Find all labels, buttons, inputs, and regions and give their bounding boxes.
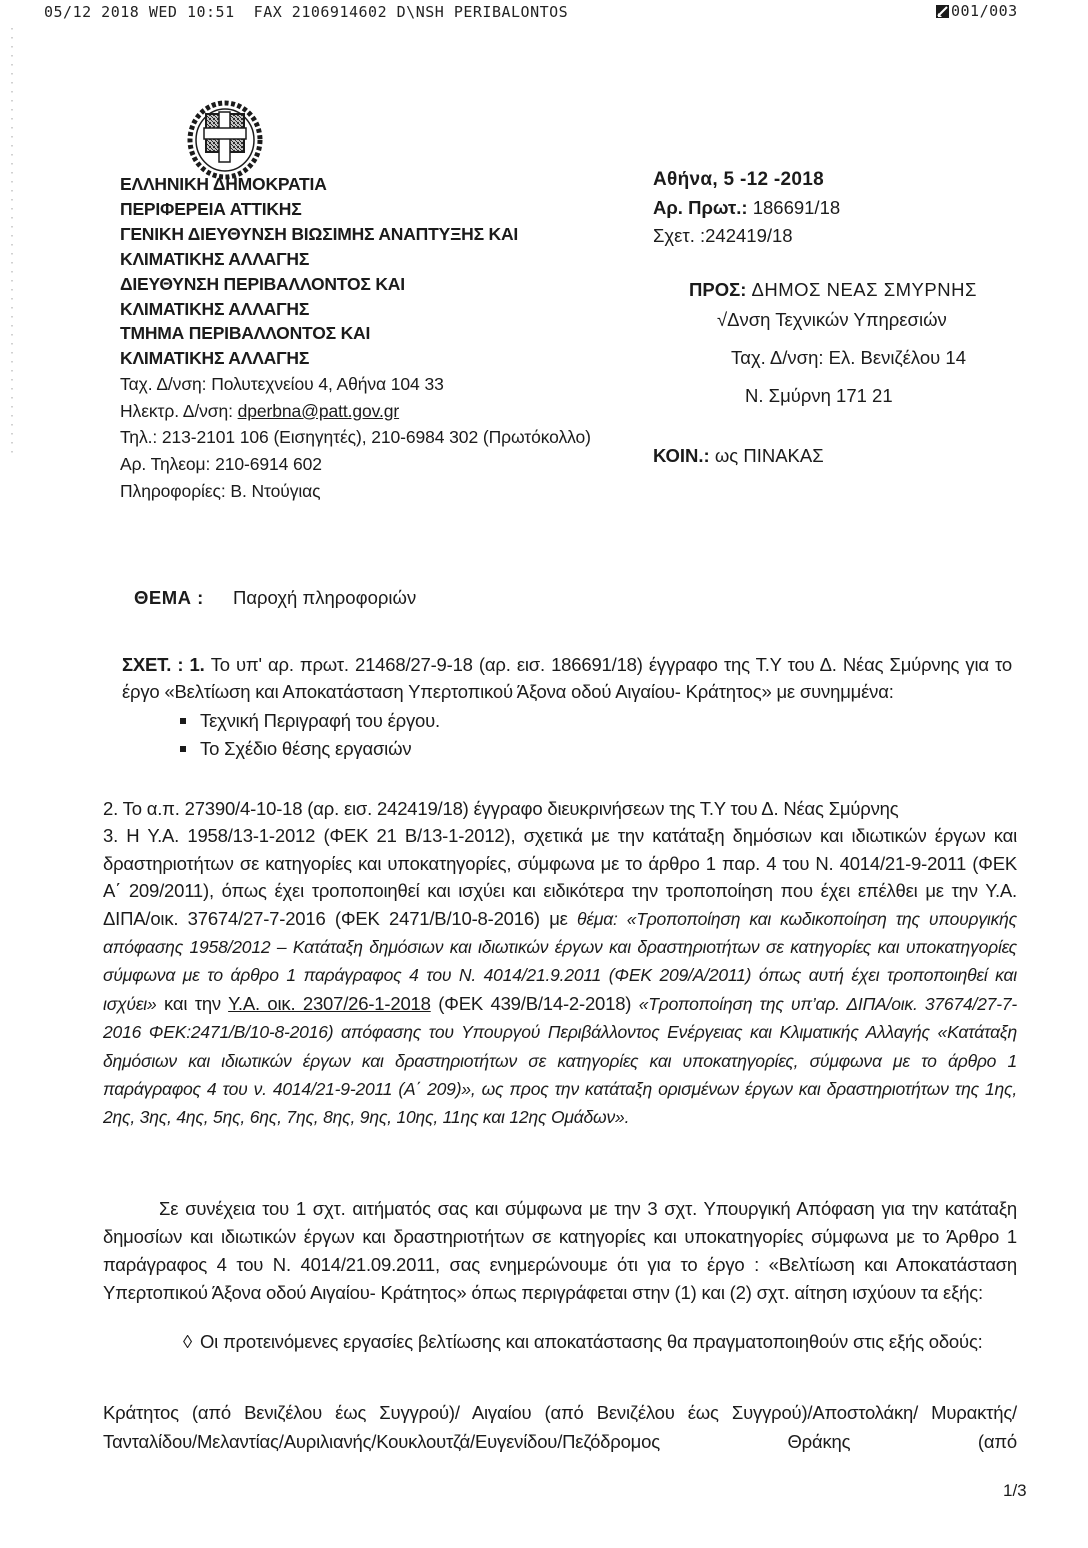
subject-row: ΘΕΜΑ : Παροχή πληροφοριών bbox=[134, 587, 416, 609]
fax-document-page: 05/12 2018 WED 10:51 FAX 2106914602 D\NS… bbox=[0, 0, 1088, 1548]
references-item2-text: 2. Το α.π. 27390/4-10-18 (αρ. εισ. 24241… bbox=[103, 798, 898, 819]
sender-email-link[interactable]: dperbna@patt.gov.gr bbox=[238, 401, 399, 421]
body-paragraph-1: Σε συνέχεια του 1 σχτ. αιτήματός σας και… bbox=[103, 1195, 1017, 1307]
protocol-label: Αρ. Πρωτ.: bbox=[653, 197, 748, 218]
references-items-2-3: 2. Το α.π. 27390/4-10-18 (αρ. εισ. 24241… bbox=[103, 795, 1017, 1132]
sender-org-line: ΚΛΙΜΑΤΙΚΗΣ ΑΛΛΑΓΗΣ bbox=[120, 247, 660, 272]
sender-org-line: ΚΛΙΜΑΤΙΚΗΣ ΑΛΛΑΓΗΣ bbox=[120, 346, 660, 371]
page-number: 1/3 bbox=[1003, 1481, 1027, 1501]
sender-email-line: Ηλεκτρ. Δ/νση: dperbna@patt.gov.gr bbox=[120, 398, 660, 425]
sender-address: Ταχ. Δ/νση: Πολυτεχνείου 4, Αθήνα 104 33 bbox=[120, 371, 660, 398]
sender-email-label: Ηλεκτρ. Δ/νση: bbox=[120, 401, 238, 421]
sender-contact-person: Πληροφορίες: Β. Ντούγιας bbox=[120, 478, 660, 505]
recipient-block: ΠΡΟΣ: ΔΗΜΟΣ ΝΕΑΣ ΣΜΥΡΝΗΣ √Δνση Τεχνικών … bbox=[689, 279, 1073, 415]
sender-org-line: ΕΛΛΗΝΙΚΗ ΔΗΜΟΚΡΑΤΙΑ bbox=[120, 172, 660, 197]
meta-block: Αθήνα, 5 -12 -2018 Αρ. Πρωτ.: 186691/18 … bbox=[653, 169, 1073, 467]
references-item3-mid2: (ΦΕΚ 439/Β/14-2-2018) bbox=[431, 993, 639, 1014]
attachment-item: Το Σχέδιο θέσης εργασιών bbox=[200, 735, 1012, 762]
attachments-list: Τεχνική Περιγραφή του έργου. Το Σχέδιο θ… bbox=[122, 707, 1012, 761]
references-item3-mid1: και την bbox=[157, 993, 229, 1014]
body-streets-paragraph: Κράτητος (από Βενιζέλου έως Συγγρού)/ Αι… bbox=[103, 1398, 1017, 1456]
body-bullet-text: Οι προτεινόμενες εργασίες βελτίωσης και … bbox=[200, 1331, 983, 1352]
subject-label: ΘΕΜΑ : bbox=[134, 587, 204, 608]
recipient-line: Ταχ. Δ/νση: Ελ. Βενιζέλου 14 bbox=[689, 339, 1073, 377]
recipient-header: ΠΡΟΣ: ΔΗΜΟΣ ΝΕΑΣ ΣΜΥΡΝΗΣ bbox=[689, 279, 1073, 301]
fax-page-icon bbox=[936, 4, 950, 19]
sender-org-line: ΤΜΗΜΑ ΠΕΡΙΒΑΛΛΟΝΤΟΣ ΚΑΙ bbox=[120, 321, 660, 346]
recipient-line: Ν. Σμύρνη 171 21 bbox=[689, 377, 1073, 415]
cc-value: ως ΠΙΝΑΚΑΣ bbox=[710, 445, 824, 466]
sender-org-line: ΔΙΕΥΘΥΝΣΗ ΠΕΡΙΒΑΛΛΟΝΤΟΣ ΚΑΙ bbox=[120, 272, 660, 297]
references-item1: ΣΧΕΤ. : 1. Το υπ' αρ. πρωτ. 21468/27-9-1… bbox=[122, 651, 1012, 762]
city-date: Αθήνα, 5 -12 -2018 bbox=[653, 169, 1073, 191]
references-label: ΣΧΕΤ. : 1. bbox=[122, 654, 211, 675]
protocol-number-row: Αρ. Πρωτ.: 186691/18 bbox=[653, 197, 1073, 219]
to-value: ΔΗΜΟΣ ΝΕΑΣ ΣΜΥΡΝΗΣ bbox=[752, 279, 977, 300]
diamond-bullet-icon: ◊ bbox=[143, 1328, 192, 1356]
attachment-item: Τεχνική Περιγραφή του έργου. bbox=[200, 707, 1012, 734]
sender-block: ΕΛΛΗΝΙΚΗ ΔΗΜΟΚΡΑΤΙΑ ΠΕΡΙΦΕΡΕΙΑ ΑΤΤΙΚΗΣ Γ… bbox=[120, 172, 660, 504]
sender-fax-number: Αρ. Τηλεομ: 210-6914 602 bbox=[120, 451, 660, 478]
cc-row: ΚΟΙΝ.: ως ΠΙΝΑΚΑΣ bbox=[653, 445, 1073, 467]
sender-org-line: ΠΕΡΙΦΕΡΕΙΑ ΑΤΤΙΚΗΣ bbox=[120, 197, 660, 222]
cc-label: ΚΟΙΝ.: bbox=[653, 445, 710, 466]
sender-org-line: ΚΛΙΜΑΤΙΚΗΣ ΑΛΛΑΓΗΣ bbox=[120, 297, 660, 322]
body-bullet-paragraph: ◊Οι προτεινόμενες εργασίες βελτίωσης και… bbox=[103, 1328, 1017, 1356]
subject-text: Παροχή πληροφοριών bbox=[233, 587, 416, 608]
protocol-value: 186691/18 bbox=[748, 197, 841, 218]
fax-transmission-header: 05/12 2018 WED 10:51 FAX 2106914602 D\NS… bbox=[44, 3, 568, 21]
fax-page-counter: 001/003 bbox=[936, 2, 1018, 20]
related-ref-row: Σχετ. :242419/18 bbox=[653, 225, 1073, 247]
sender-org-line: ΓΕΝΙΚΗ ΔΙΕΥΘΥΝΣΗ ΒΙΩΣΙΜΗΣ ΑΝΑΠΤΥΞΗΣ ΚΑΙ bbox=[120, 222, 660, 247]
to-label: ΠΡΟΣ: bbox=[689, 279, 752, 300]
recipient-line: √Δνση Τεχνικών Υπηρεσιών bbox=[689, 301, 1073, 339]
sender-phone: Τηλ.: 213-2101 106 (Εισηγητές), 210-6984… bbox=[120, 424, 660, 451]
scan-noise-artifact bbox=[8, 28, 15, 458]
fax-page-counter-value: 001/003 bbox=[951, 2, 1018, 20]
references-item1-text: Το υπ' αρ. πρωτ. 21468/27-9-18 (αρ. εισ.… bbox=[122, 654, 1012, 702]
references-item3-underlined-decision: Υ.Α. οικ. 2307/26-1-2018 bbox=[228, 993, 431, 1014]
